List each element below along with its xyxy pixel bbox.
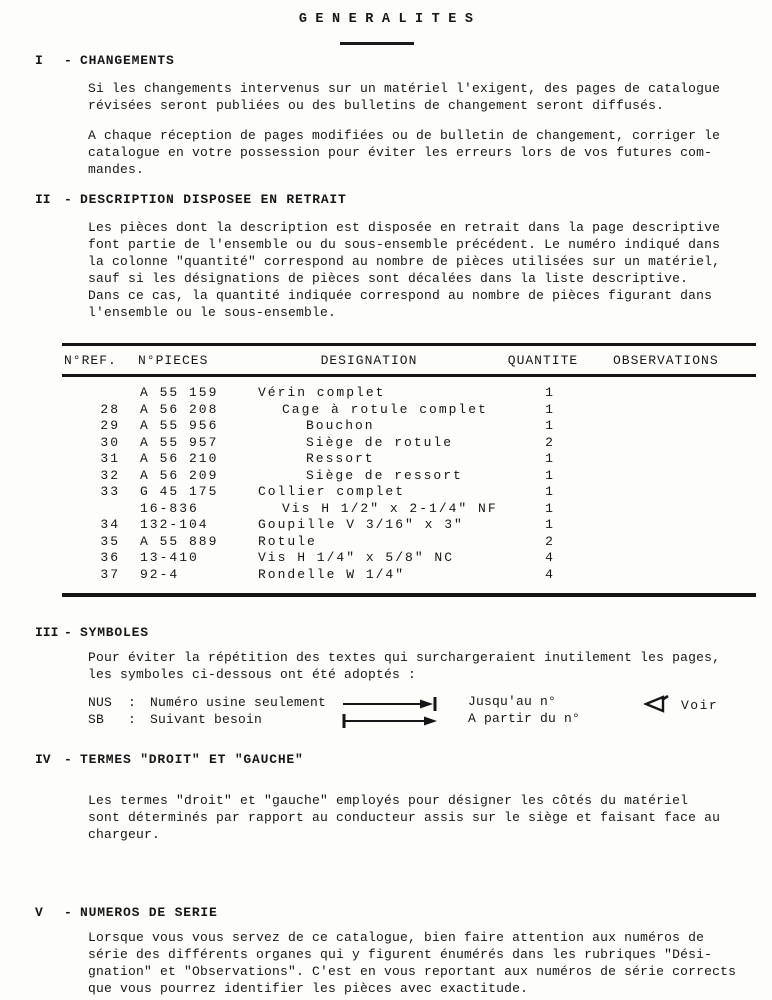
section-heading-termes: IV-TERMES "DROIT" ET "GAUCHE" — [35, 752, 304, 767]
paragraph-numeros-serie: Lorsque vous vous servez de ce catalogue… — [88, 929, 760, 997]
legend-meaning: Numéro usine seulement — [150, 695, 326, 711]
designation-cell: Cage à rotule complet — [250, 402, 488, 419]
legend-row-nus: NUS : Numéro usine seulement — [88, 695, 326, 711]
paragraph-changements-2: A chaque réception de pages modifiées ou… — [88, 127, 760, 178]
voir-label: Voir — [681, 698, 718, 713]
piece-cell: A 56 208 — [132, 402, 250, 419]
section-heading-changements: I-CHANGEMENTS — [35, 53, 175, 68]
qty-cell: 1 — [488, 418, 598, 435]
voir-flag-icon — [644, 694, 670, 714]
column-header-ref: N°REF. — [62, 353, 132, 368]
paragraph-description-retrait: Les pièces dont la description est dispo… — [88, 219, 760, 321]
piece-cell: A 55 889 — [132, 534, 250, 551]
section-heading-numeros-serie: V-NUMEROS DE SERIE — [35, 905, 218, 920]
table-row: 37 92-4 Rondelle W 1/4" 4 — [62, 567, 756, 584]
qty-cell: 2 — [488, 534, 598, 551]
qty-cell: 1 — [488, 468, 598, 485]
legend-row-sb: SB : Suivant besoin — [88, 712, 262, 728]
table-row: 31 A 56 210 Ressort 1 — [62, 451, 756, 468]
table-row: 28 A 56 208 Cage à rotule complet 1 — [62, 402, 756, 419]
ref-cell: 35 — [62, 534, 132, 551]
page-title: G E N E R A L I T E S — [0, 12, 772, 27]
piece-cell: G 45 175 — [132, 484, 250, 501]
obs-cell — [598, 451, 756, 468]
qty-cell: 1 — [488, 451, 598, 468]
obs-cell — [598, 435, 756, 452]
ref-cell — [62, 385, 132, 402]
table-row: 33 G 45 175 Collier complet 1 — [62, 484, 756, 501]
catalog-generalites-page: G E N E R A L I T E S I-CHANGEMENTS Si l… — [0, 0, 772, 1000]
column-header-observations: OBSERVATIONS — [598, 353, 756, 368]
ref-cell: 33 — [62, 484, 132, 501]
legend-meaning: Suivant besoin — [150, 712, 262, 728]
ref-cell: 32 — [62, 468, 132, 485]
section-dash: - — [64, 752, 80, 767]
table-row: 32 A 56 209 Siège de ressort 1 — [62, 468, 756, 485]
section-label: SYMBOLES — [80, 625, 149, 640]
table-row: A 55 159 Vérin complet 1 — [62, 385, 756, 402]
table-row: 16-836 Vis H 1/2" x 2-1/4" NF 1 — [62, 501, 756, 518]
arrow-to-stop-icon — [341, 696, 443, 712]
arrow-from-stop-icon — [341, 713, 443, 729]
obs-cell — [598, 402, 756, 419]
section-heading-description-retrait: II-DESCRIPTION DISPOSEE EN RETRAIT — [35, 192, 347, 207]
section-dash: - — [64, 625, 80, 640]
section-label: CHANGEMENTS — [80, 53, 175, 68]
obs-cell — [598, 484, 756, 501]
table-body: A 55 159 Vérin complet 1 28 A 56 208 Cag… — [62, 385, 756, 583]
obs-cell — [598, 468, 756, 485]
piece-cell: 16-836 — [132, 501, 250, 518]
ref-cell: 31 — [62, 451, 132, 468]
section-numeral: III — [35, 625, 64, 640]
parts-table: N°REF. N°PIECES DESIGNATION QUANTITE OBS… — [62, 343, 756, 597]
table-gap — [62, 583, 756, 593]
designation-cell: Bouchon — [250, 418, 488, 435]
section-label: TERMES "DROIT" ET "GAUCHE" — [80, 752, 304, 767]
qty-cell: 1 — [488, 484, 598, 501]
piece-cell: A 55 957 — [132, 435, 250, 452]
paragraph-symboles: Pour éviter la répétition des textes qui… — [88, 649, 760, 683]
column-header-pieces: N°PIECES — [132, 353, 250, 368]
paragraph-changements-1: Si les changements intervenus sur un mat… — [88, 80, 760, 114]
arrow-label-a-partir: A partir du n° — [468, 711, 580, 727]
designation-cell: Siège de ressort — [250, 468, 488, 485]
qty-cell: 2 — [488, 435, 598, 452]
piece-cell: A 55 159 — [132, 385, 250, 402]
legend-abbr: SB — [88, 712, 128, 728]
legend-colon: : — [128, 695, 150, 711]
obs-cell — [598, 567, 756, 584]
title-underline — [340, 42, 414, 45]
table-header-rule — [62, 374, 756, 377]
section-numeral: IV — [35, 752, 64, 767]
qty-cell: 1 — [488, 501, 598, 518]
table-header-row: N°REF. N°PIECES DESIGNATION QUANTITE OBS… — [62, 346, 756, 374]
piece-cell: A 55 956 — [132, 418, 250, 435]
obs-cell — [598, 418, 756, 435]
qty-cell: 1 — [488, 402, 598, 419]
designation-cell: Rondelle W 1/4" — [250, 567, 488, 584]
section-numeral: I — [35, 53, 64, 68]
section-numeral: V — [35, 905, 64, 920]
section-heading-symboles: III-SYMBOLES — [35, 625, 149, 640]
piece-cell: A 56 210 — [132, 451, 250, 468]
ref-cell: 37 — [62, 567, 132, 584]
table-bottom-rule — [62, 593, 756, 597]
legend-colon: : — [128, 712, 150, 728]
piece-cell: 92-4 — [132, 567, 250, 584]
paragraph-termes: Les termes "droit" et "gauche" employés … — [88, 792, 760, 843]
designation-cell: Collier complet — [250, 484, 488, 501]
qty-cell: 4 — [488, 567, 598, 584]
ref-cell: 36 — [62, 550, 132, 567]
obs-cell — [598, 534, 756, 551]
table-row: 36 13-410 Vis H 1/4" x 5/8" NC 4 — [62, 550, 756, 567]
designation-cell: Vis H 1/2" x 2-1/4" NF — [250, 501, 488, 518]
obs-cell — [598, 550, 756, 567]
section-dash: - — [64, 53, 80, 68]
designation-cell: Rotule — [250, 534, 488, 551]
table-row: 34 132-104 Goupille V 3/16" x 3" 1 — [62, 517, 756, 534]
obs-cell — [598, 385, 756, 402]
designation-cell: Vis H 1/4" x 5/8" NC — [250, 550, 488, 567]
qty-cell: 1 — [488, 517, 598, 534]
piece-cell: A 56 209 — [132, 468, 250, 485]
table-row: 30 A 55 957 Siège de rotule 2 — [62, 435, 756, 452]
column-header-designation: DESIGNATION — [250, 353, 488, 368]
table-row: 35 A 55 889 Rotule 2 — [62, 534, 756, 551]
designation-cell: Goupille V 3/16" x 3" — [250, 517, 488, 534]
column-header-quantite: QUANTITE — [488, 353, 598, 368]
arrow-label-jusquau: Jusqu'au n° — [468, 694, 556, 710]
designation-cell: Siège de rotule — [250, 435, 488, 452]
ref-cell — [62, 501, 132, 518]
qty-cell: 4 — [488, 550, 598, 567]
designation-cell: Ressort — [250, 451, 488, 468]
piece-cell: 132-104 — [132, 517, 250, 534]
section-label: NUMEROS DE SERIE — [80, 905, 218, 920]
section-dash: - — [64, 905, 80, 920]
designation-cell: Vérin complet — [250, 385, 488, 402]
legend-abbr: NUS — [88, 695, 128, 711]
obs-cell — [598, 501, 756, 518]
ref-cell: 30 — [62, 435, 132, 452]
section-dash: - — [64, 192, 80, 207]
ref-cell: 34 — [62, 517, 132, 534]
ref-cell: 28 — [62, 402, 132, 419]
obs-cell — [598, 517, 756, 534]
qty-cell: 1 — [488, 385, 598, 402]
piece-cell: 13-410 — [132, 550, 250, 567]
section-numeral: II — [35, 192, 64, 207]
table-row: 29 A 55 956 Bouchon 1 — [62, 418, 756, 435]
section-label: DESCRIPTION DISPOSEE EN RETRAIT — [80, 192, 347, 207]
ref-cell: 29 — [62, 418, 132, 435]
